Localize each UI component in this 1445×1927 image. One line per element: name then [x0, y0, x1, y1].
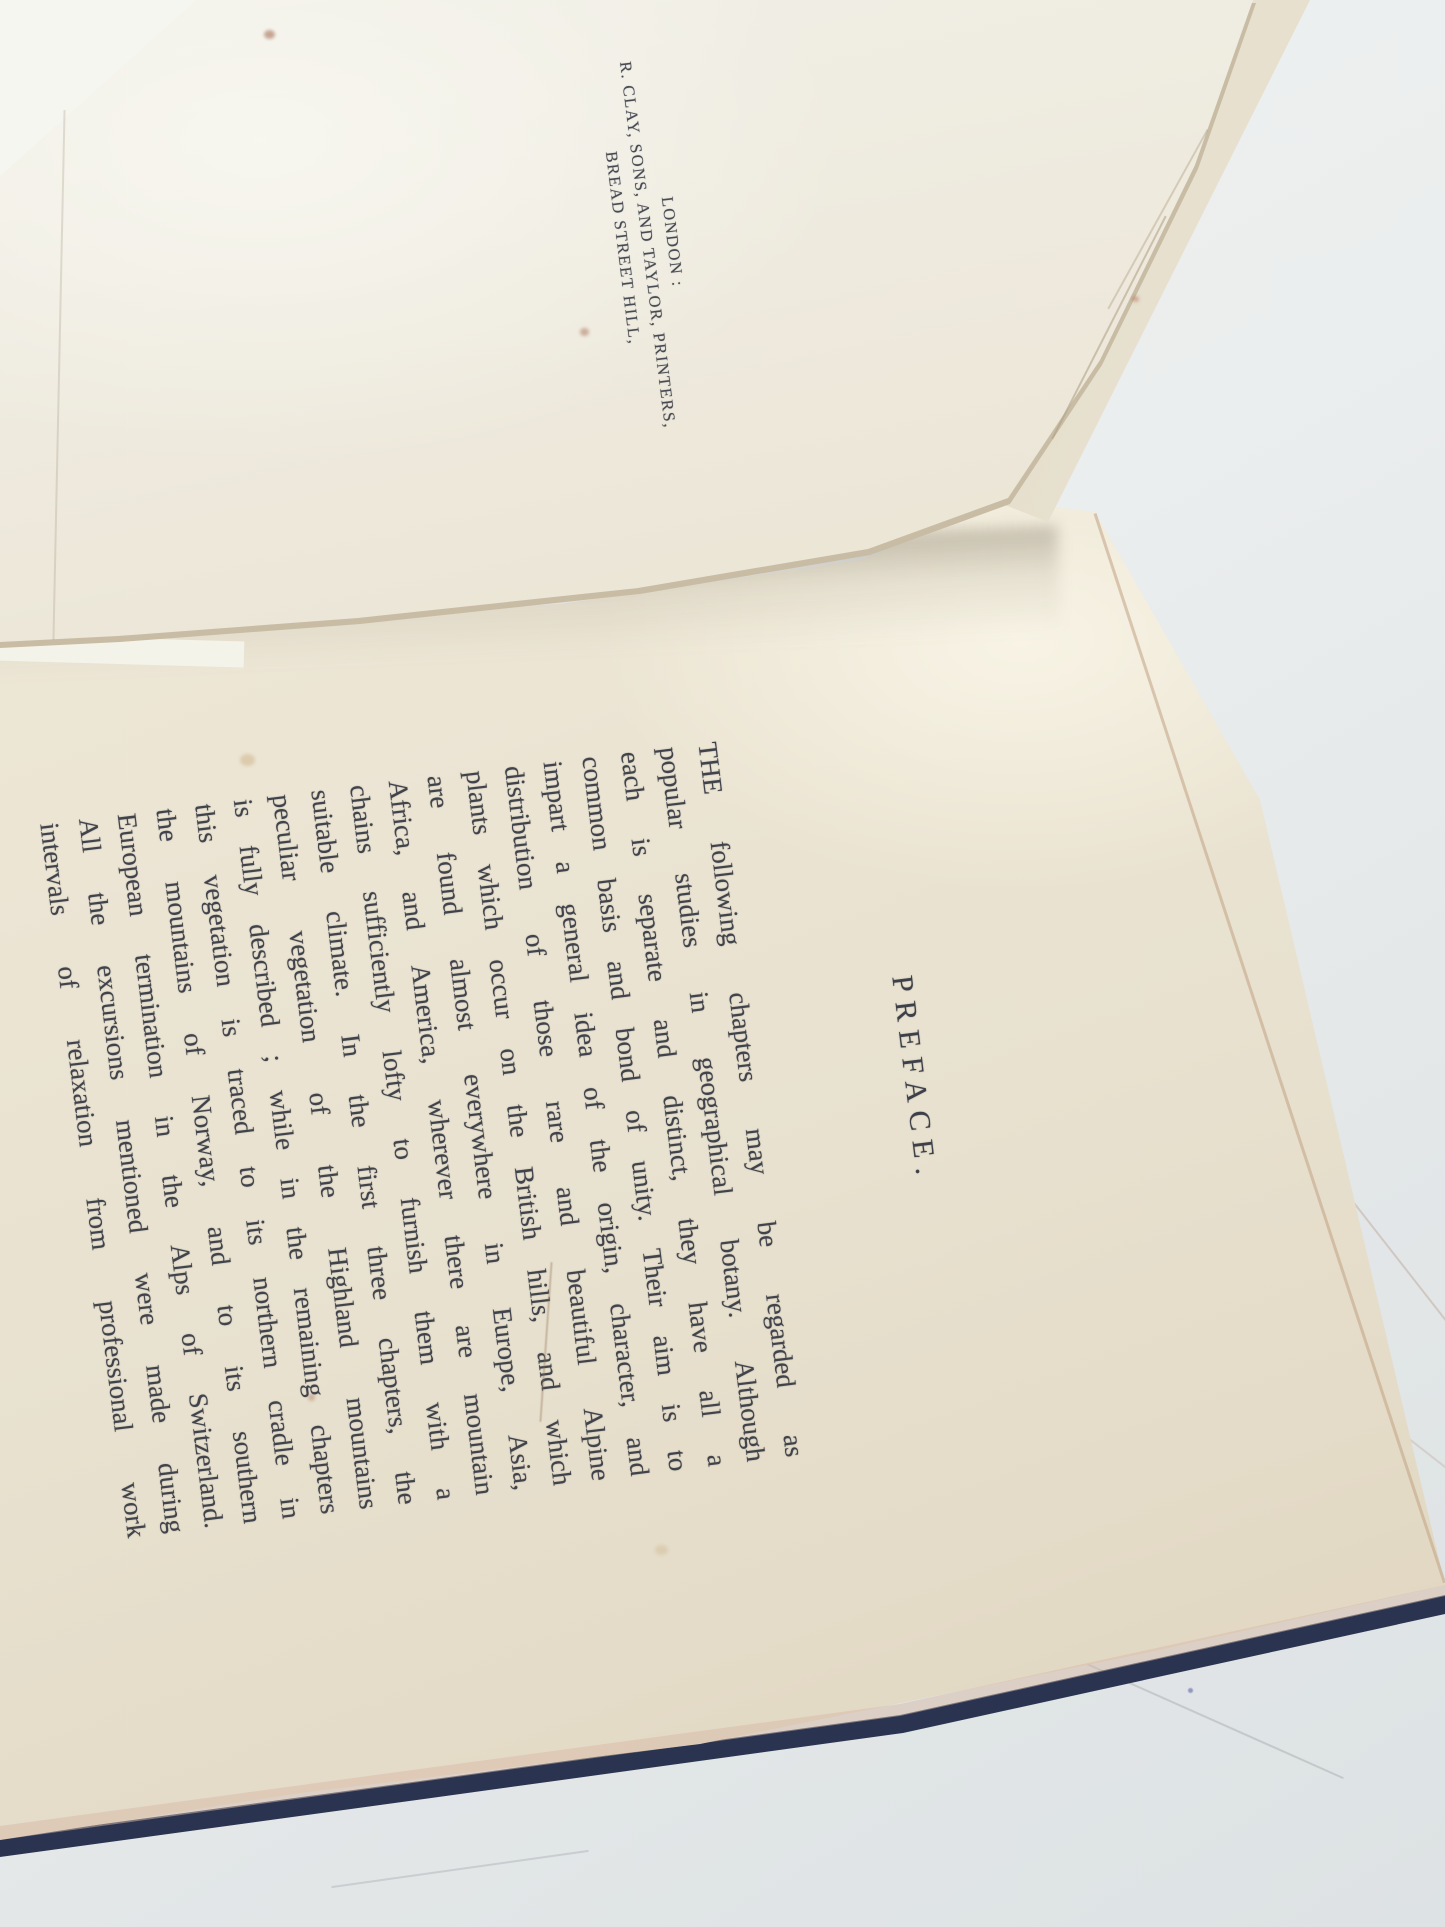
preface-body: THE following chapters may be regarded a…: [29, 740, 814, 1540]
foxing-spot: [264, 30, 275, 39]
foxing-spot: [580, 328, 589, 336]
table-speck: [1188, 1688, 1193, 1693]
table-scratch: [331, 1850, 589, 1888]
preface-text: PREFACE. THE following chapters may be r…: [29, 720, 974, 1540]
foxing-spot: [240, 754, 255, 766]
foxing-spot: [1132, 296, 1139, 302]
book-photo: LONDON :R. CLAY, SONS, AND TAYLOR, PRINT…: [0, 0, 1445, 1927]
foxing-spot: [308, 1394, 315, 1401]
foxing-spot: [655, 1545, 668, 1555]
